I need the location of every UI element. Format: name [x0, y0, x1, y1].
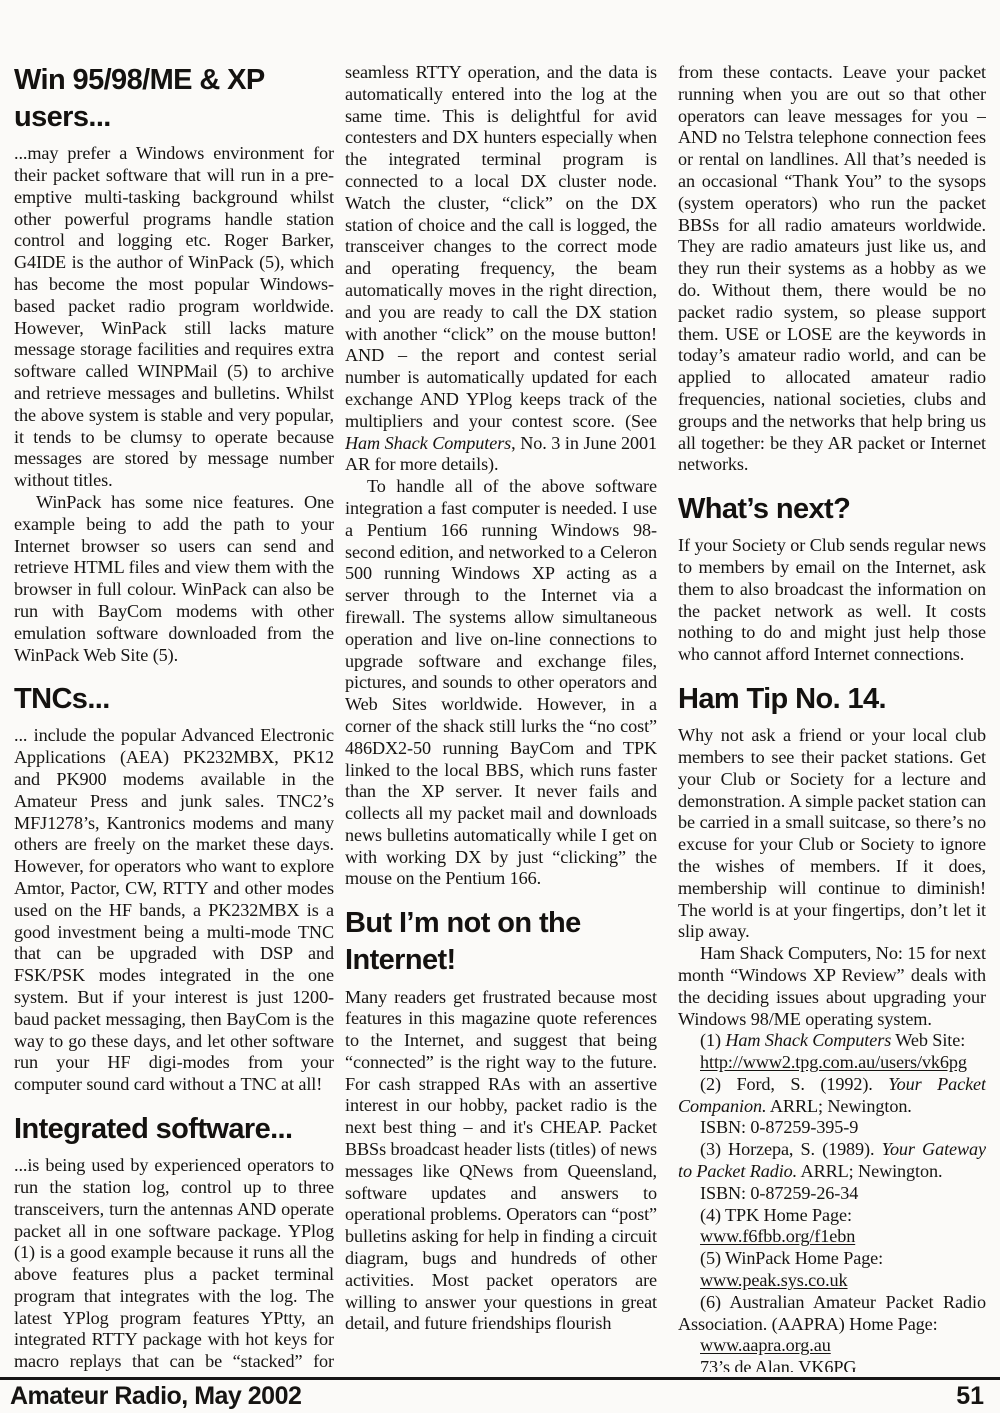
body-paragraph: Many readers get frustrated because most… [345, 987, 657, 1336]
text-segment: ARRL; Newington. [766, 1096, 911, 1116]
article-columns: Win 95/98/ME & XP users......may prefer … [14, 62, 986, 1372]
reference-entry: (3) Horzepa, S. (1989). Your Gateway to … [678, 1139, 986, 1183]
page-number: 51 [956, 1382, 984, 1411]
text-segment: To handle all of the above software inte… [345, 476, 657, 888]
text-segment: (3) Horzepa, S. (1989). [700, 1139, 882, 1159]
reference-url: www.peak.sys.co.uk [678, 1270, 986, 1292]
section-heading: What’s next? [678, 491, 986, 528]
signature-line: 73’s de Alan, VK6PG [678, 1357, 986, 1372]
body-paragraph: ... include the popular Advanced Electro… [14, 725, 334, 1096]
reference-entry: (4) TPK Home Page: [678, 1205, 986, 1227]
reference-url: www.f6fbb.org/f1ebn [678, 1226, 986, 1248]
column-1: Win 95/98/ME & XP users......may prefer … [14, 62, 334, 1372]
reference-entry: ISBN: 0-87259-26-34 [678, 1183, 986, 1205]
reference-entry: (2) Ford, S. (1992). Your Packet Compani… [678, 1074, 986, 1118]
url-text: www.aapra.org.au [700, 1335, 831, 1355]
page-footer: Amateur Radio, May 2002 51 [0, 1382, 1000, 1412]
footer-rule [0, 1377, 1000, 1380]
body-paragraph: ...is being used by experienced operator… [14, 1155, 334, 1372]
text-segment: from these contacts. Leave your packet r… [678, 62, 986, 474]
text-segment: ... include the popular Advanced Electro… [14, 725, 334, 1094]
reference-entry: ISBN: 0-87259-395-9 [678, 1117, 986, 1139]
section-heading: Win 95/98/ME & XP users... [14, 62, 334, 136]
magazine-page: Win 95/98/ME & XP users......may prefer … [0, 0, 1000, 1413]
body-paragraph: from these contacts. Leave your packet r… [678, 62, 986, 476]
body-paragraph: If your Society or Club sends regular ne… [678, 535, 986, 666]
text-segment: ...may prefer a Windows environment for … [14, 143, 334, 490]
section-heading: Integrated software... [14, 1111, 334, 1148]
reference-entry: (1) Ham Shack Computers Web Site: [678, 1030, 986, 1052]
text-segment: (5) WinPack Home Page: [700, 1248, 883, 1268]
column-2: seamless RTTY operation, and the data is… [345, 62, 657, 1372]
text-segment: WinPack has some nice features. One exam… [14, 492, 334, 665]
body-paragraph: To handle all of the above software inte… [345, 476, 657, 890]
text-segment: seamless RTTY operation, and the data is… [345, 62, 657, 431]
body-paragraph: seamless RTTY operation, and the data is… [345, 62, 657, 476]
body-paragraph: Ham Shack Computers, No: 15 for next mon… [678, 943, 986, 1030]
text-segment: Many readers get frustrated because most… [345, 987, 657, 1334]
section-heading: TNCs... [14, 681, 334, 718]
reference-entry: (6) Australian Amateur Packet Radio Asso… [678, 1292, 986, 1336]
column-3: from these contacts. Leave your packet r… [678, 62, 986, 1372]
italic-text: Ham Shack Computers [345, 433, 511, 453]
text-segment: (2) Ford, S. (1992). [700, 1074, 888, 1094]
journal-title: Amateur Radio, May 2002 [10, 1382, 301, 1411]
text-segment: (1) [700, 1030, 725, 1050]
reference-url: http://www2.tpg.com.au/users/vk6pg [678, 1052, 986, 1074]
text-segment: (4) TPK Home Page: [700, 1205, 852, 1225]
text-segment: Why not ask a friend or your local club … [678, 725, 986, 941]
text-segment: (6) Australian Amateur Packet Radio Asso… [678, 1292, 986, 1334]
text-segment: ISBN: 0-87259-26-34 [700, 1183, 858, 1203]
text-segment: ...is being used by experienced operator… [14, 1155, 334, 1371]
section-heading: But I’m not on the Internet! [345, 905, 657, 979]
italic-text: Ham Shack Computers [725, 1030, 891, 1050]
body-paragraph: WinPack has some nice features. One exam… [14, 492, 334, 666]
text-segment: ARRL; Newington. [797, 1161, 942, 1181]
body-paragraph: ...may prefer a Windows environment for … [14, 143, 334, 492]
reference-entry: (5) WinPack Home Page: [678, 1248, 986, 1270]
reference-url: www.aapra.org.au [678, 1335, 986, 1357]
url-text: www.peak.sys.co.uk [700, 1270, 848, 1290]
text-segment: Ham Shack Computers, No: 15 for next mon… [678, 943, 986, 1028]
text-segment: ISBN: 0-87259-395-9 [700, 1117, 858, 1137]
body-paragraph: Why not ask a friend or your local club … [678, 725, 986, 943]
text-segment: Web Site: [891, 1030, 965, 1050]
text-segment: If your Society or Club sends regular ne… [678, 535, 986, 664]
url-text: http://www2.tpg.com.au/users/vk6pg [700, 1052, 967, 1072]
url-text: www.f6fbb.org/f1ebn [700, 1226, 855, 1246]
text-segment: 73’s de Alan, VK6PG [700, 1357, 856, 1372]
section-heading: Ham Tip No. 14. [678, 681, 986, 718]
